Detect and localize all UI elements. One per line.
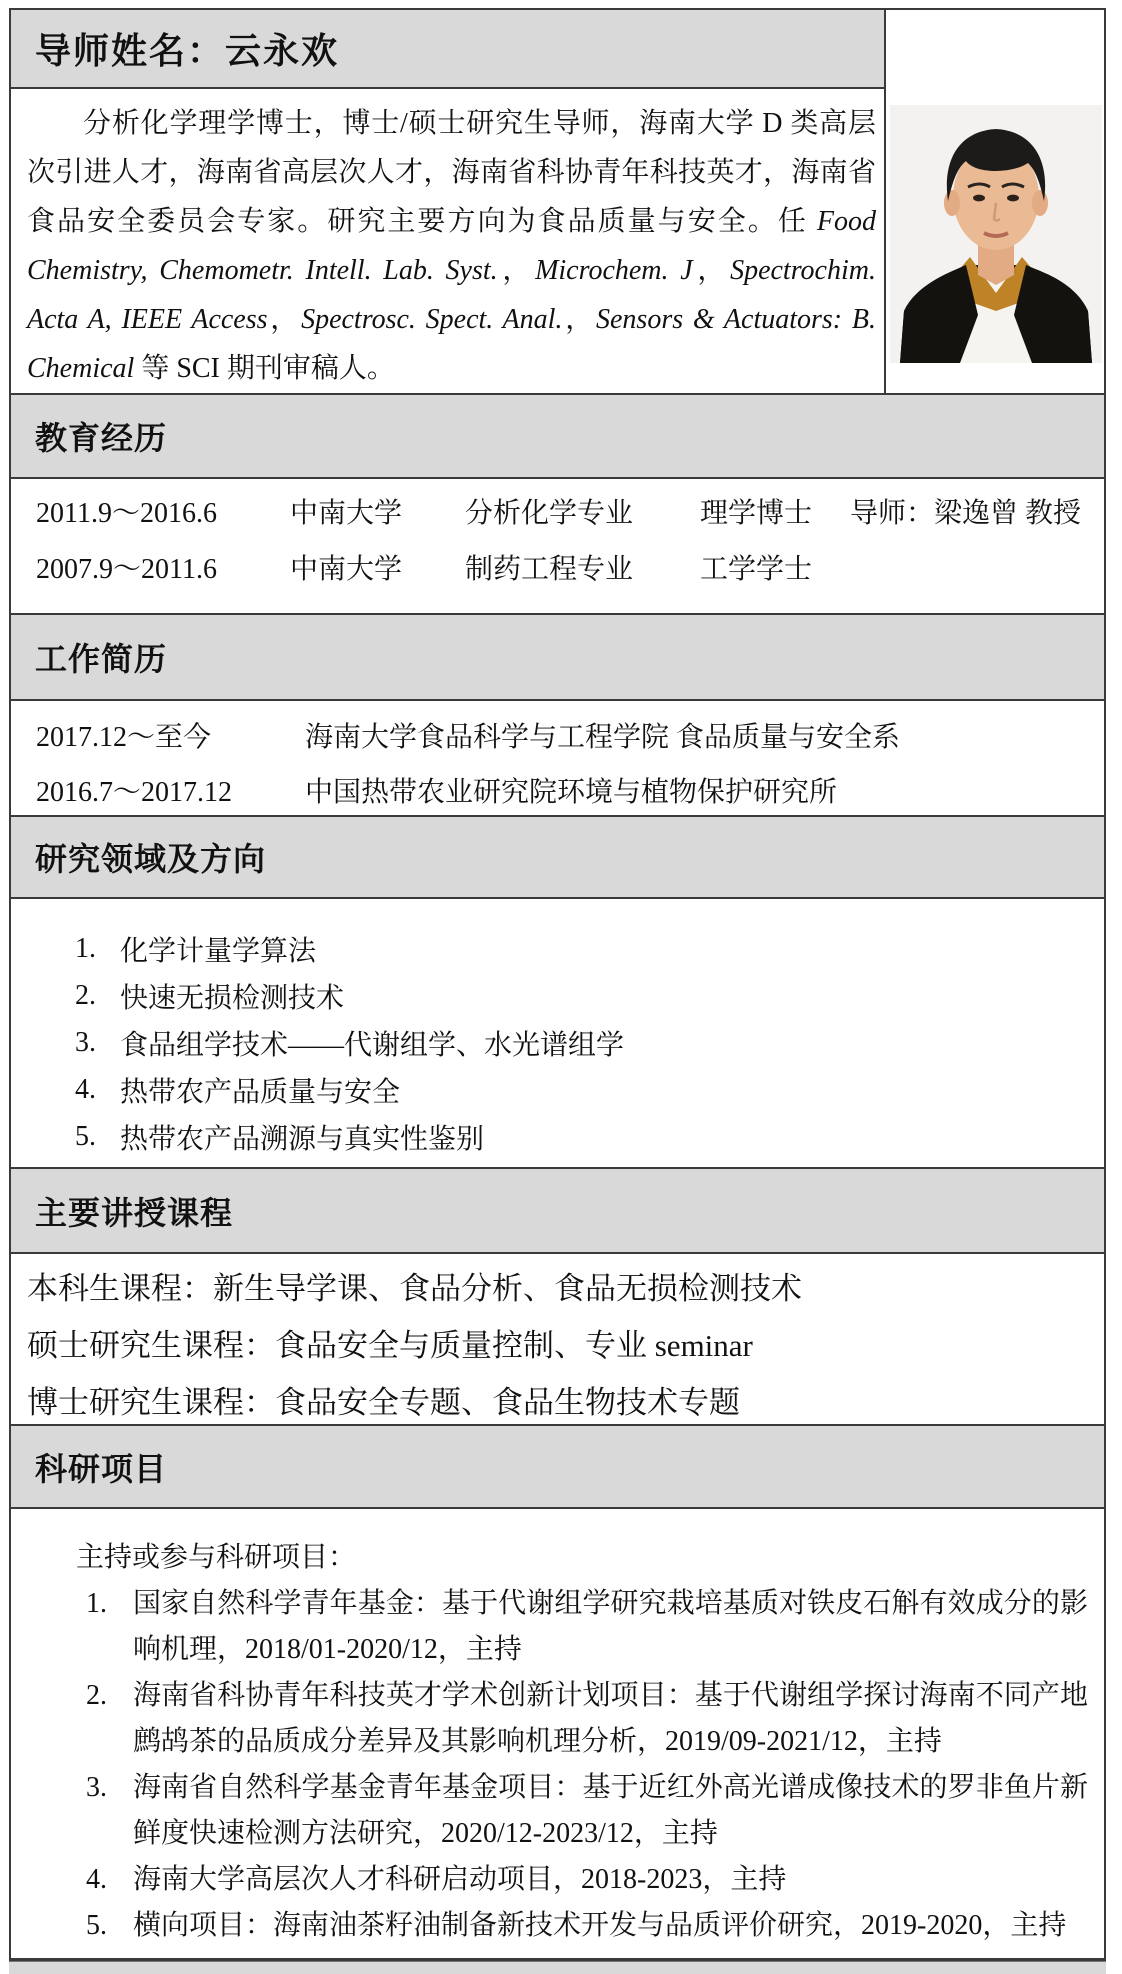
bio-text: ，	[268, 304, 302, 335]
advisor-bio: 分析化学理学博士，博士/硕士研究生导师，海南大学 D 类高层次引进人才，海南省高…	[11, 89, 884, 393]
project-item: 3.海南省自然科学基金青年基金项目：基于近红外高光谱成像技术的罗非鱼片新鲜度快速…	[11, 1765, 1094, 1857]
project-item-text: 横向项目：海南油茶籽油制备新技术开发与品质评价研究，2019-2020，主持	[133, 1903, 1094, 1949]
photo-cell	[884, 10, 1104, 393]
education-school: 中南大学	[290, 491, 465, 531]
work-row: 2017.12～至今海南大学食品科学与工程学院 食品质量与安全系	[36, 707, 1104, 762]
education-major: 分析化学专业	[465, 491, 700, 531]
education-school: 中南大学	[290, 547, 465, 587]
education-major: 制药工程专业	[465, 547, 700, 587]
project-item-text: 国家自然科学青年基金：基于代谢组学研究栽培基质对铁皮石斛有效成分的影响机理，20…	[133, 1581, 1094, 1673]
section-header-work: 工作简历	[11, 615, 1104, 701]
project-item-number: 1.	[86, 1581, 133, 1673]
section-header-research: 研究领域及方向	[11, 817, 1104, 899]
research-item: 3.食品组学技术——代谢组学、水光谱组学	[75, 1019, 1104, 1066]
bio-text: ，	[693, 255, 730, 286]
section-title: 教育经历	[35, 413, 167, 459]
bio-text: 分析化学理学博士，博士/硕士研究生导师，海南大学 D 类高层次引进人才，海南省高…	[27, 108, 876, 237]
advisor-photo	[890, 105, 1102, 363]
section-header-education: 教育经历	[11, 395, 1104, 479]
research-item-text: 化学计量学算法	[120, 929, 316, 969]
education-row: 2011.9～2016.6中南大学分析化学专业理学博士导师：梁逸曾 教授	[36, 483, 1104, 539]
section-title: 科研项目	[35, 1444, 167, 1490]
education-content: 2011.9～2016.6中南大学分析化学专业理学博士导师：梁逸曾 教授2007…	[11, 479, 1104, 615]
next-section-strip	[9, 1961, 1106, 1974]
education-period: 2007.9～2011.6	[36, 547, 290, 587]
project-item-number: 4.	[86, 1857, 133, 1903]
work-period: 2016.7～2017.12	[36, 770, 305, 810]
course-line-text: 博士研究生课程：食品安全专题、食品生物技术专题	[27, 1377, 740, 1422]
research-item-text: 热带农产品质量与安全	[120, 1070, 400, 1110]
work-row: 2016.7～2017.12中国热带农业研究院环境与植物保护研究所	[36, 762, 1104, 817]
project-item-text: 海南大学高层次人才科研启动项目，2018-2023，主持	[133, 1857, 1094, 1903]
section-title: 工作简历	[35, 634, 167, 680]
research-item: 2.快速无损检测技术	[75, 972, 1104, 1019]
section-title: 研究领域及方向	[35, 834, 266, 880]
course-line: 本科生课程：新生导学课、食品分析、食品无损检测技术	[27, 1257, 1104, 1314]
education-degree: 理学博士	[700, 491, 850, 531]
research-item-number: 1.	[75, 933, 120, 965]
advisor-profile-table: 导师姓名：云永欢 分析化学理学博士，博士/硕士研究生导师，海南大学 D 类高层次…	[9, 8, 1106, 1961]
research-item: 1.化学计量学算法	[75, 925, 1104, 972]
project-item-number: 3.	[86, 1765, 133, 1857]
project-item-text: 海南省自然科学基金青年基金项目：基于近红外高光谱成像技术的罗非鱼片新鲜度快速检测…	[133, 1765, 1094, 1857]
journal-name: Spectrosc. Spect. Anal.	[301, 304, 562, 335]
course-line: 硕士研究生课程：食品安全与质量控制、专业 seminar	[27, 1314, 1104, 1371]
projects-list: 1.国家自然科学青年基金：基于代谢组学研究栽培基质对铁皮石斛有效成分的影响机理，…	[11, 1581, 1094, 1949]
projects-content: 主持或参与科研项目： 1.国家自然科学青年基金：基于代谢组学研究栽培基质对铁皮石…	[11, 1509, 1104, 1958]
top-block: 导师姓名：云永欢 分析化学理学博士，博士/硕士研究生导师，海南大学 D 类高层次…	[11, 10, 1104, 395]
education-advisor: 导师：梁逸曾 教授	[850, 491, 1104, 531]
research-item-number: 3.	[75, 1027, 120, 1059]
work-period: 2017.12～至今	[36, 715, 305, 755]
top-left-column: 导师姓名：云永欢 分析化学理学博士，博士/硕士研究生导师，海南大学 D 类高层次…	[11, 10, 884, 393]
project-item-text: 海南省科协青年科技英才学术创新计划项目：基于代谢组学探讨海南不同产地鹧鸪茶的品质…	[133, 1673, 1094, 1765]
project-item: 4.海南大学高层次人才科研启动项目，2018-2023，主持	[11, 1857, 1094, 1903]
education-period: 2011.9～2016.6	[36, 491, 290, 531]
projects-intro: 主持或参与科研项目：	[11, 1535, 1094, 1581]
research-item-number: 2.	[75, 980, 120, 1012]
bio-text: ，	[498, 255, 535, 286]
project-item-number: 5.	[86, 1903, 133, 1949]
research-item-number: 5.	[75, 1121, 120, 1153]
advisor-name-header: 导师姓名：云永欢	[11, 10, 884, 89]
work-content: 2017.12～至今海南大学食品科学与工程学院 食品质量与安全系2016.7～2…	[11, 701, 1104, 817]
education-degree: 工学学士	[700, 547, 850, 587]
bio-text: 等 SCI 期刊审稿人。	[134, 353, 395, 384]
section-header-projects: 科研项目	[11, 1426, 1104, 1509]
education-row: 2007.9～2011.6中南大学制药工程专业工学学士	[36, 539, 1104, 595]
project-item-number: 2.	[86, 1673, 133, 1765]
project-item: 5.横向项目：海南油茶籽油制备新技术开发与品质评价研究，2019-2020，主持	[11, 1903, 1094, 1949]
bio-text: ，	[562, 304, 596, 335]
research-item-text: 热带农产品溯源与真实性鉴别	[120, 1117, 484, 1157]
research-item: 5.热带农产品溯源与真实性鉴别	[75, 1113, 1104, 1160]
advisor-name: 导师姓名：云永欢	[35, 23, 339, 74]
work-organization: 海南大学食品科学与工程学院 食品质量与安全系	[305, 715, 1104, 755]
course-line-text: 本科生课程：新生导学课、食品分析、食品无损检测技术	[27, 1263, 802, 1308]
research-item-text: 快速无损检测技术	[120, 976, 344, 1016]
journal-name: Microchem. J	[535, 255, 693, 286]
course-line-text: 硕士研究生课程：食品安全与质量控制、专业 seminar	[27, 1320, 753, 1365]
project-item: 2.海南省科协青年科技英才学术创新计划项目：基于代谢组学探讨海南不同产地鹧鸪茶的…	[11, 1673, 1094, 1765]
course-line: 博士研究生课程：食品安全专题、食品生物技术专题	[27, 1371, 1104, 1428]
courses-content: 本科生课程：新生导学课、食品分析、食品无损检测技术硕士研究生课程：食品安全与质量…	[11, 1254, 1104, 1426]
work-organization: 中国热带农业研究院环境与植物保护研究所	[305, 770, 1104, 810]
project-item: 1.国家自然科学青年基金：基于代谢组学研究栽培基质对铁皮石斛有效成分的影响机理，…	[11, 1581, 1094, 1673]
section-title: 主要讲授课程	[35, 1188, 233, 1234]
research-item-text: 食品组学技术——代谢组学、水光谱组学	[120, 1023, 624, 1063]
research-item: 4.热带农产品质量与安全	[75, 1066, 1104, 1113]
research-content: 1.化学计量学算法2.快速无损检测技术3.食品组学技术——代谢组学、水光谱组学4…	[11, 899, 1104, 1169]
research-item-number: 4.	[75, 1074, 120, 1106]
section-header-courses: 主要讲授课程	[11, 1169, 1104, 1254]
